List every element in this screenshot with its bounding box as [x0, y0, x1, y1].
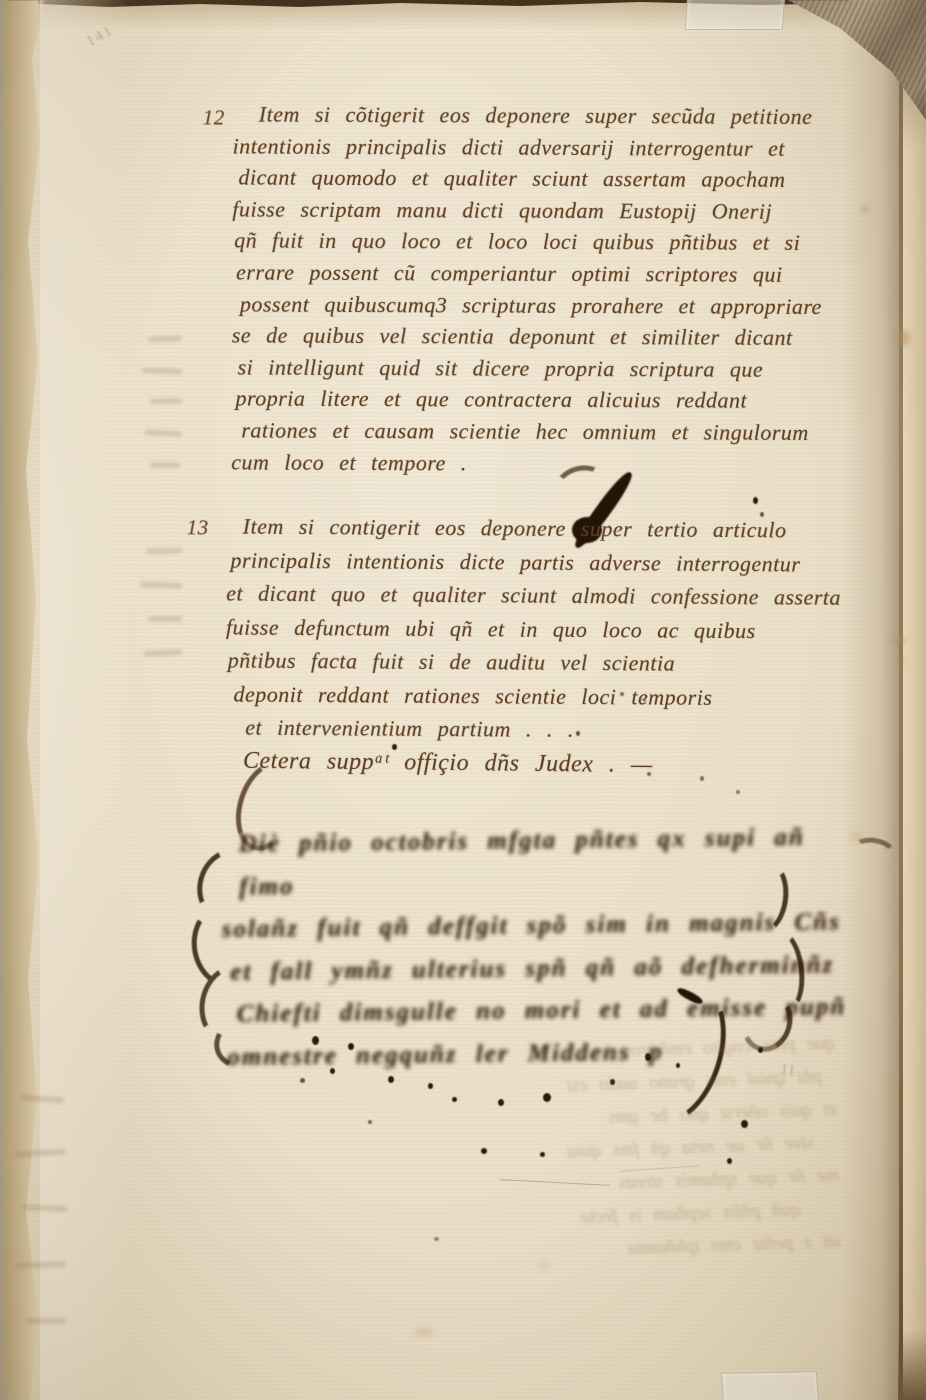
- text-line: et dicant quo et qualiter sciunt almodi …: [226, 577, 926, 615]
- text-line: rationes et causam scientie hec omnium e…: [231, 414, 921, 449]
- stain: [538, 1262, 550, 1270]
- text-line: Cetera suppᵃᵗ offiçio dñs Judex . —: [243, 748, 653, 779]
- text-line: intentionis principalis dicti adversarij…: [233, 130, 923, 165]
- text-line: et intervenientium partium . . .: [225, 711, 925, 749]
- ink-spatter-dot: [647, 772, 651, 776]
- paragraph-12-lines: Item si cõtigerit eos deponere super sec…: [231, 98, 923, 480]
- paragraph-13: 13 Item si contigerit eos deponere super…: [225, 510, 926, 749]
- margin-number-12: 12: [203, 102, 225, 134]
- text-line: Item si contigerit eos deponere super te…: [227, 510, 926, 548]
- show-through-lines: que pñte cogito emñstros fm pñi qnod ems…: [424, 1027, 842, 1272]
- text-line: principalis intentionis dicte partis adv…: [226, 543, 926, 581]
- text-line: qñ fuit in quo loco et loco loci quibus …: [232, 225, 922, 260]
- show-through-mark: [142, 367, 182, 374]
- stain: [850, 832, 862, 842]
- ink-spatter-dot: [330, 1068, 335, 1074]
- show-through-mark: [150, 397, 182, 404]
- text-line: errare possent cũ comperiantur optimi sc…: [232, 256, 922, 291]
- paragraph-13-lines: Item si contigerit eos deponere super te…: [225, 510, 926, 749]
- text-line: Item si cõtigerit eos deponere super sec…: [233, 98, 923, 133]
- stain: [898, 330, 910, 346]
- closing-formula: Cetera suppᵃᵗ offiçio dñs Judex . —: [243, 748, 653, 779]
- stain: [862, 206, 868, 212]
- text-line: possent quibuscumq3 scripturas prorahere…: [232, 288, 922, 323]
- text-line: se de quibus vel scientia deponunt et si…: [232, 320, 922, 355]
- stain: [414, 1328, 434, 1337]
- show-through-mark: [22, 1204, 68, 1212]
- ink-spatter-dot: [643, 699, 646, 702]
- ink-spatter-dot: [300, 1078, 305, 1083]
- repair-tape-top: [685, 0, 785, 30]
- ink-spatter-dot: [736, 790, 740, 794]
- show-through-mark: [140, 581, 182, 588]
- show-through-mark: [146, 547, 182, 554]
- ink-spatter-dot: [388, 1076, 394, 1083]
- stain: [897, 658, 904, 666]
- show-through-text: que pñte cogito emñstros fm pñi qnod ems…: [424, 1027, 842, 1272]
- text-line: deponit reddant rationes scientie loci t…: [225, 677, 925, 715]
- left-margin-highlight: [40, 0, 130, 1400]
- show-through-mark: [144, 429, 182, 437]
- repair-tape-bottom: [721, 1371, 819, 1400]
- ink-spatter-dot: [700, 776, 704, 781]
- show-through-mark: [150, 462, 180, 468]
- faint-marginal-mark: 11: [779, 1061, 797, 1081]
- ink-spatter-dot: [392, 744, 397, 750]
- text-line: fuisse defunctum ubi qñ et in quo loco a…: [226, 610, 926, 648]
- text-line: fuisse scriptam manu dicti quondam Eusto…: [232, 193, 922, 228]
- show-through-mark: [144, 649, 182, 657]
- manuscript-photo: 141 12 Item si cõtigerit eos deponere su…: [0, 0, 926, 1400]
- show-through-mark: [148, 335, 182, 343]
- text-line: propria litere et que contractera alicui…: [231, 383, 921, 418]
- ink-spatter-dot: [368, 1120, 372, 1124]
- text-line: si intelligunt quid sit dicere propria s…: [232, 351, 922, 386]
- ink-spatter-dot: [760, 512, 764, 517]
- ink-spatter-dot: [312, 1036, 319, 1045]
- stain: [895, 636, 904, 646]
- ink-spatter-dot: [576, 731, 580, 736]
- margin-number-13: 13: [187, 511, 209, 545]
- show-through-mark: [26, 1318, 66, 1324]
- show-through-mark: [148, 616, 182, 622]
- ink-spatter-dot: [348, 1043, 354, 1050]
- paragraph-12: 12 Item si cõtigerit eos deponere super …: [231, 98, 923, 480]
- next-page-edge-bottom-shade: [898, 1330, 926, 1400]
- text-line: pñtibus facta fuit si de auditu vel scie…: [226, 644, 926, 682]
- ink-spatter-dot: [620, 692, 624, 696]
- text-line: dicant quomodo et qualiter sciunt assert…: [232, 162, 922, 197]
- ink-spatter-dot: [753, 497, 758, 504]
